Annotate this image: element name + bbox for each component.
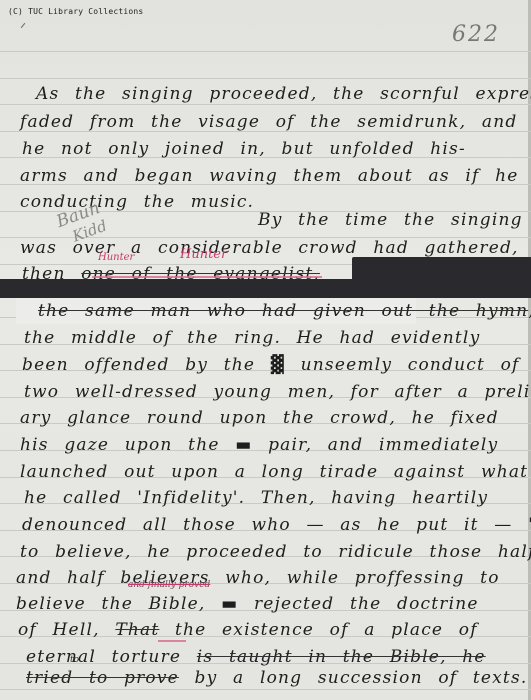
insertion-above: and finally proved xyxy=(128,580,210,590)
page-number: 622 xyxy=(452,22,500,47)
text-line: arms and began waving them about as if h… xyxy=(20,166,531,186)
text-line: his gaze upon the ▬ pair, and immediatel… xyxy=(20,435,498,455)
insertion-struck: Hunter xyxy=(98,252,134,263)
redaction-block xyxy=(0,279,531,298)
text-line: he not only joined in, but unfolded his- xyxy=(22,139,466,159)
struck-text: That xyxy=(115,620,159,640)
text-line-edited: eternal torture is taught in the Bible, … xyxy=(26,647,486,667)
text-line: to believe, he proceeded to ridicule tho… xyxy=(20,542,531,562)
text-line: he called 'Infidelity'. Then, having hea… xyxy=(24,488,488,508)
text-line: By the time the singing xyxy=(258,210,523,230)
text-fragment: eternal torture xyxy=(26,647,181,667)
text-line: was over a considerable crowd had gather… xyxy=(20,238,531,258)
text-line-edited: of Hell, That the existence of a place o… xyxy=(18,620,478,640)
text-line: launched out upon a long tirade against … xyxy=(20,462,528,482)
text-line-edited: tried to prove by a long succession of t… xyxy=(26,668,528,688)
text-fragment: the existence of a place of xyxy=(175,620,478,640)
text-line: and half believers who, while proffessin… xyxy=(16,568,500,588)
text-fragment: of Hell, xyxy=(18,620,100,640)
text-line: As the singing proceeded, the scornful e… xyxy=(36,84,531,104)
text-line: two well-dressed young men, for after a … xyxy=(24,382,531,402)
text-line: faded from the visage of the semidrunk, … xyxy=(20,112,517,132)
text-line: conducting the music. xyxy=(20,192,254,212)
text-line: denounced all those who — as he put it —… xyxy=(22,515,531,535)
red-underline xyxy=(158,640,186,642)
text-line: been offended by the ▓ unseemly conduct … xyxy=(22,355,531,375)
text-line: believe the Bible, ▬ rejected the doctri… xyxy=(16,594,479,614)
pencil-tick-mark xyxy=(21,23,26,28)
copyright-watermark: (C) TUC Library Collections xyxy=(8,7,143,16)
redaction-block xyxy=(352,257,531,279)
text-line: ary glance round upon the crowd, he fixe… xyxy=(20,408,499,428)
struck-text: is taught in the Bible, he xyxy=(197,647,486,667)
red-strike-line xyxy=(92,276,322,278)
insertion-red: Hunter xyxy=(180,247,227,262)
text-fragment: by a long succession of texts. xyxy=(195,668,528,688)
ruled-line xyxy=(0,689,531,690)
ruled-line xyxy=(0,104,531,105)
text-line: the middle of the ring. He had evidently xyxy=(24,328,480,348)
text-line-edited: the same man who had given out the hymn,… xyxy=(38,301,531,321)
ruled-line xyxy=(0,78,531,79)
insertion-above: to xyxy=(70,655,79,665)
manuscript-page: (C) TUC Library Collections 622 As the s… xyxy=(0,0,531,700)
struck-text: the same man who had given out the hymn xyxy=(38,301,528,321)
ruled-line xyxy=(0,51,531,52)
struck-text: tried to prove xyxy=(26,668,179,688)
